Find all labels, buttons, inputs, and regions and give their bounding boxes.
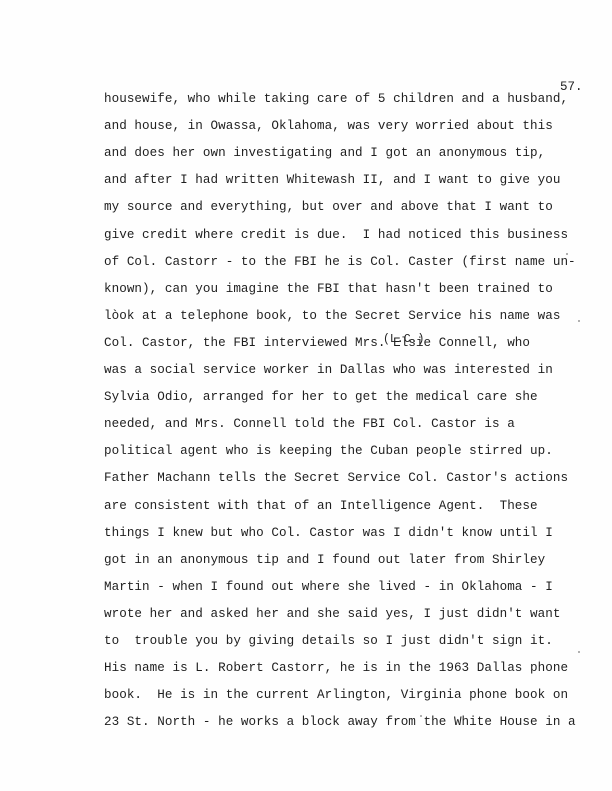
text-line: to trouble you by giving details so I ju… xyxy=(104,634,553,648)
text-line: of Col. Castorr - to the FBI he is Col. … xyxy=(104,255,576,269)
text-line: wrote her and asked her and she said yes… xyxy=(104,607,560,621)
text-line: book. He is in the current Arlington, Vi… xyxy=(104,688,568,702)
text-line: housewife, who while taking care of 5 ch… xyxy=(104,92,568,106)
scan-speck xyxy=(566,253,568,255)
text-line: political agent who is keeping the Cuban… xyxy=(104,444,553,458)
scan-speck xyxy=(578,651,580,653)
text-line: His name is L. Robert Castorr, he is in … xyxy=(104,661,568,675)
text-line: was a social service worker in Dallas wh… xyxy=(104,363,553,377)
text-line: and does her own investigating and I got… xyxy=(104,146,545,160)
text-line: and after I had written Whitewash II, an… xyxy=(104,173,560,187)
text-line: Col. Castor, the FBI interviewed Mrs. El… xyxy=(104,336,530,350)
text-line: lòok at a telephone book, to the Secret … xyxy=(104,309,560,323)
scan-speck xyxy=(578,320,580,322)
scan-speck xyxy=(420,715,422,717)
text-line: Martin - when I found out where she live… xyxy=(104,580,553,594)
text-line: give credit where credit is due. I had n… xyxy=(104,228,568,242)
text-line: Father Machann tells the Secret Service … xyxy=(104,471,568,485)
text-line: and house, in Owassa, Oklahoma, was very… xyxy=(104,119,553,133)
text-line: got in an anonymous tip and I found out … xyxy=(104,553,545,567)
text-line: needed, and Mrs. Connell told the FBI Co… xyxy=(104,417,515,431)
text-line: Sylvia Odio, arranged for her to get the… xyxy=(104,390,538,404)
document-page: 57. (L.C.) housewife, who while taking c… xyxy=(0,0,612,791)
text-line: my source and everything, but over and a… xyxy=(104,200,553,214)
text-line: things I knew but who Col. Castor was I … xyxy=(104,526,553,540)
text-line: known), can you imagine the FBI that has… xyxy=(104,282,553,296)
text-line: 23 St. North - he works a block away fro… xyxy=(104,715,576,729)
text-line: are consistent with that of an Intellige… xyxy=(104,499,538,513)
